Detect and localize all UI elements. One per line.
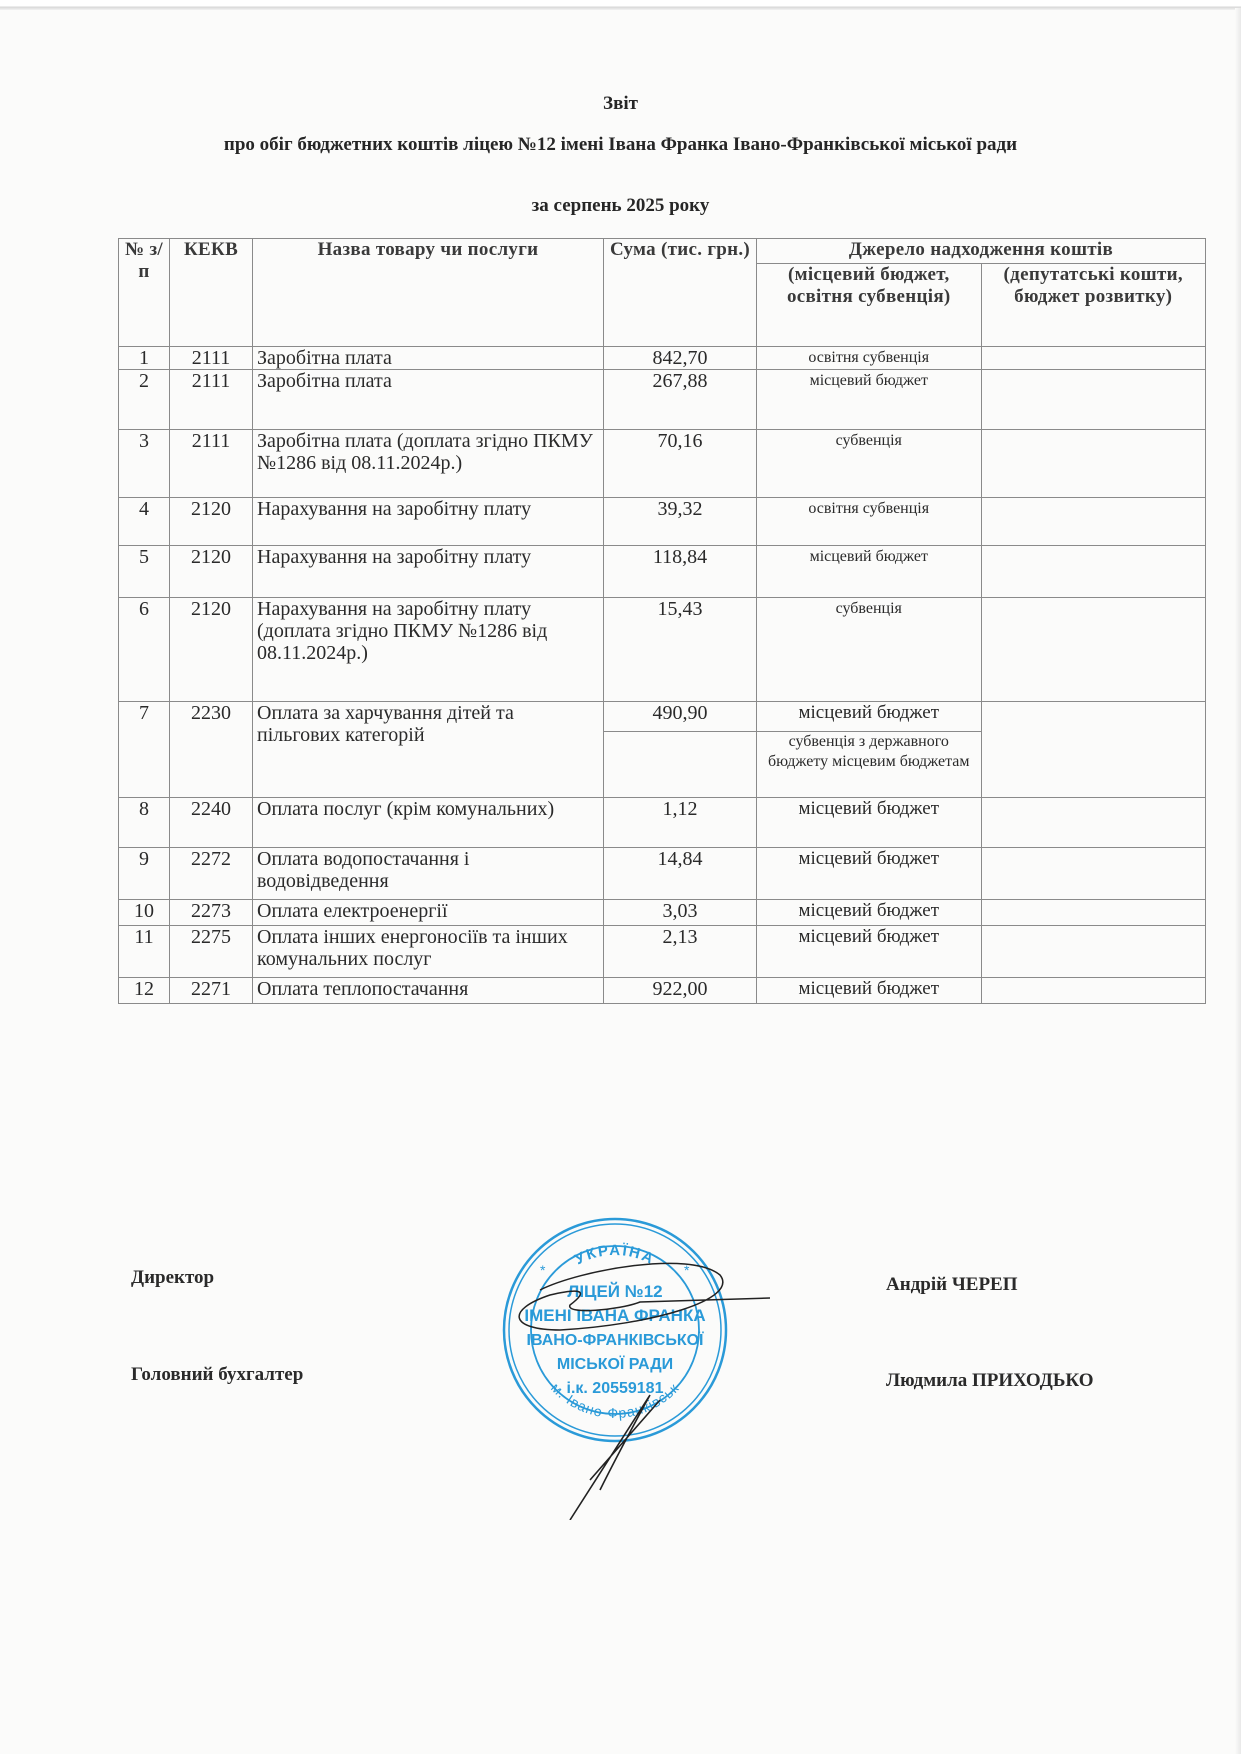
row-source-deputy — [981, 926, 1206, 978]
row-name: Заробітна плата (доплата згідно ПКМУ №12… — [253, 430, 604, 498]
row-kekv: 2240 — [170, 798, 253, 848]
row-source-deputy — [981, 498, 1206, 546]
table-row: 102273Оплата електроенергії3,03місцевий … — [119, 900, 1206, 926]
row-sum: 14,84 — [604, 848, 757, 900]
row-source-local: субвенція — [757, 430, 982, 498]
row-kekv: 2120 — [170, 598, 253, 702]
row-num: 5 — [119, 546, 170, 598]
director-label: Директор — [131, 1267, 214, 1289]
table-row: 62120Нарахування на заробітну плату (доп… — [119, 598, 1206, 702]
table-row: 82240Оплата послуг (крім комунальних)1,1… — [119, 798, 1206, 848]
header-source-deputy: (депутатські кошти, бюджет розвитку) — [981, 264, 1206, 347]
header-source-local: (місцевий бюджет, освітня субвенція) — [757, 264, 982, 347]
row-name: Оплата водопостачання і водовідведення — [253, 848, 604, 900]
header-kekv: КЕКВ — [170, 239, 253, 347]
row-source-deputy — [981, 978, 1206, 1004]
row-num: 9 — [119, 848, 170, 900]
scan-edge — [0, 0, 1241, 10]
header-sum: Сума (тис. грн.) — [604, 239, 757, 347]
row-name: Оплата за харчування дітей та пільгових … — [253, 702, 604, 798]
row-name: Нарахування на заробітну плату — [253, 498, 604, 546]
row-sum: 842,70 — [604, 347, 757, 370]
row-kekv: 2273 — [170, 900, 253, 926]
row-name: Нарахування на заробітну плату (доплата … — [253, 598, 604, 702]
row-num: 7 — [119, 702, 170, 798]
row-sum: 70,16 — [604, 430, 757, 498]
row-source-local: місцевий бюджет — [757, 546, 982, 598]
row-name: Оплата інших енергоносіїв та інших комун… — [253, 926, 604, 978]
table-row: 32111Заробітна плата (доплата згідно ПКМ… — [119, 430, 1206, 498]
row-num: 3 — [119, 430, 170, 498]
row-kekv: 2271 — [170, 978, 253, 1004]
row-name: Заробітна плата — [253, 347, 604, 370]
row-source-local: освітня субвенція — [757, 498, 982, 546]
row-name: Нарахування на заробітну плату — [253, 546, 604, 598]
row-source-local: субвенція — [757, 598, 982, 702]
document-subtitle: про обіг бюджетних коштів ліцею №12 імен… — [0, 134, 1241, 156]
row-sum: 118,84 — [604, 546, 757, 598]
row-num: 12 — [119, 978, 170, 1004]
accountant-label: Головний бухгалтер — [131, 1364, 303, 1386]
row-kekv: 2120 — [170, 546, 253, 598]
row-kekv: 2120 — [170, 498, 253, 546]
row-num: 10 — [119, 900, 170, 926]
row-kekv: 2111 — [170, 370, 253, 430]
row-num: 4 — [119, 498, 170, 546]
row-name: Оплата послуг (крім комунальних) — [253, 798, 604, 848]
header-source: Джерело надходження коштів — [757, 239, 1206, 264]
row-source-local: місцевий бюджет — [757, 798, 982, 848]
table-row: 22111Заробітна плата267,88місцевий бюдже… — [119, 370, 1206, 430]
row-source-local: місцевий бюджет — [757, 926, 982, 978]
row-kekv: 2272 — [170, 848, 253, 900]
row-source-deputy — [981, 798, 1206, 848]
handwritten-signature — [470, 1230, 770, 1520]
document-period: за серпень 2025 року — [0, 195, 1241, 217]
row-num: 6 — [119, 598, 170, 702]
table-row: 52120Нарахування на заробітну плату118,8… — [119, 546, 1206, 598]
row-source-deputy — [981, 347, 1206, 370]
row-sum: 922,00 — [604, 978, 757, 1004]
row-source-local: місцевий бюджет — [757, 978, 982, 1004]
row-kekv: 2230 — [170, 702, 253, 798]
row-num: 8 — [119, 798, 170, 848]
row-source-local: місцевий бюджет — [757, 848, 982, 900]
row-sum: 1,12 — [604, 798, 757, 848]
row-sum: 15,43 — [604, 598, 757, 702]
row-name: Оплата електроенергії — [253, 900, 604, 926]
row-num: 11 — [119, 926, 170, 978]
accountant-name: Людмила ПРИХОДЬКО — [886, 1370, 1093, 1392]
row-kekv: 2111 — [170, 347, 253, 370]
row-num: 1 — [119, 347, 170, 370]
row-sub-sum — [604, 732, 757, 798]
row-source-deputy — [981, 900, 1206, 926]
row-name: Заробітна плата — [253, 370, 604, 430]
table-body: 12111Заробітна плата842,70освітня субвен… — [119, 347, 1206, 1004]
row-source-deputy — [981, 546, 1206, 598]
row-source-deputy — [981, 430, 1206, 498]
row-source-local: місцевий бюджет — [757, 900, 982, 926]
row-source-deputy — [981, 370, 1206, 430]
table-row: 92272Оплата водопостачання і водовідведе… — [119, 848, 1206, 900]
director-name: Андрій ЧЕРЕП — [886, 1274, 1018, 1296]
document-title: Звіт — [0, 93, 1241, 115]
row-sum: 267,88 — [604, 370, 757, 430]
row-source-deputy — [981, 598, 1206, 702]
row-sum: 490,90 — [604, 702, 757, 732]
table-row: 122271Оплата теплопостачання922,00місцев… — [119, 978, 1206, 1004]
header-num: № з/п — [119, 239, 170, 347]
budget-report-table: № з/п КЕКВ Назва товару чи послуги Сума … — [118, 238, 1206, 1004]
row-source-deputy — [981, 702, 1206, 798]
table-row: 112275Оплата інших енергоносіїв та інших… — [119, 926, 1206, 978]
row-name: Оплата теплопостачання — [253, 978, 604, 1004]
table-row: 12111Заробітна плата842,70освітня субвен… — [119, 347, 1206, 370]
table-row: 72230Оплата за харчування дітей та пільг… — [119, 702, 1206, 732]
row-sub-source-local: субвенція з державного бюджету місцевим … — [757, 732, 982, 798]
row-source-local: місцевий бюджет — [757, 702, 982, 732]
row-kekv: 2275 — [170, 926, 253, 978]
table-row: 42120Нарахування на заробітну плату39,32… — [119, 498, 1206, 546]
row-sum: 2,13 — [604, 926, 757, 978]
scan-edge-right — [1235, 8, 1241, 1754]
row-sum: 3,03 — [604, 900, 757, 926]
row-source-local: місцевий бюджет — [757, 370, 982, 430]
row-source-local: освітня субвенція — [757, 347, 982, 370]
row-num: 2 — [119, 370, 170, 430]
row-kekv: 2111 — [170, 430, 253, 498]
header-name: Назва товару чи послуги — [253, 239, 604, 347]
row-sum: 39,32 — [604, 498, 757, 546]
row-source-deputy — [981, 848, 1206, 900]
